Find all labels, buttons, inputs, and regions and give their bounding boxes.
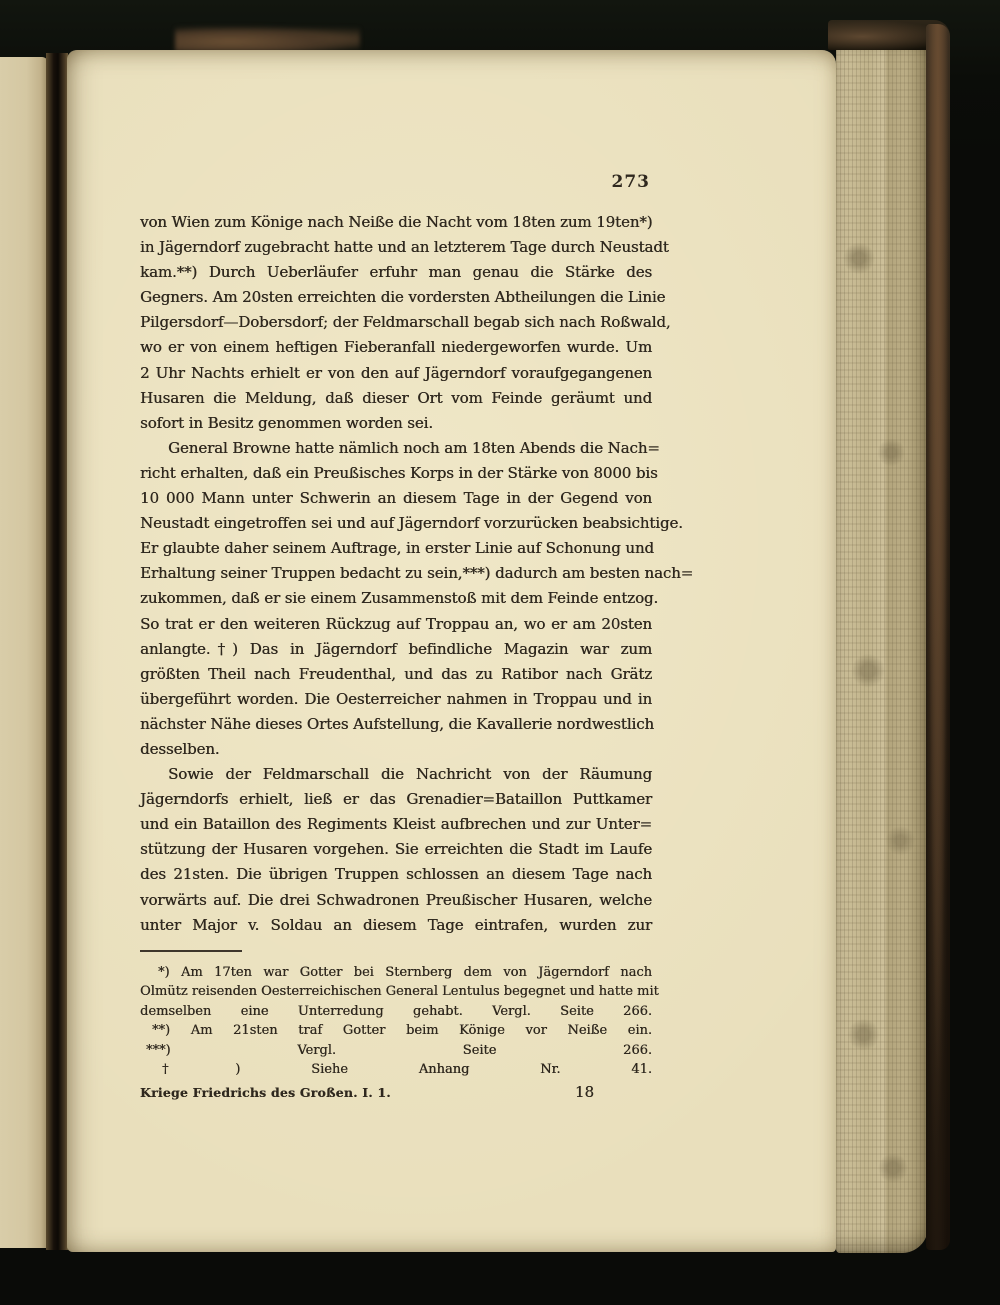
body-text-line: Gegners. Am 20sten erreichten die vorder… <box>140 285 652 310</box>
body-text-line: anlangte.†) Das in Jägerndorf befindlich… <box>140 637 652 662</box>
body-text-line: größten Theil nach Freudenthal, und das … <box>140 662 652 687</box>
body-text-line: zukommen, daß er sie einem Zusammenstoß … <box>140 586 652 611</box>
signature-row: Kriege Friedrichs des Großen. I. 1. 18 <box>140 1083 652 1101</box>
body-text-line: Er glaubte daher seinem Auftrage, in ers… <box>140 536 652 561</box>
footnote-line: **) Am 21sten traf Gotter beim Könige vo… <box>140 1021 652 1041</box>
body-text: von Wien zum Könige nach Neiße die Nacht… <box>140 210 652 938</box>
body-text-line: und ein Bataillon des Regiments Kleist a… <box>140 812 652 837</box>
body-text-line: desselben. <box>140 737 652 762</box>
body-text-line: stützung der Husaren vorgehen. Sie errei… <box>140 837 652 862</box>
footnote-line: *) Am 17ten war Gotter bei Sternberg dem… <box>140 963 652 983</box>
text-block: von Wien zum Könige nach Neiße die Nacht… <box>140 210 652 1101</box>
footnote-line: ***) Vergl. Seite 266. <box>140 1041 652 1061</box>
body-text-line: 10 000 Mann unter Schwerin an diesem Tag… <box>140 486 652 511</box>
facing-page-edge <box>0 57 48 1248</box>
footnote-separator <box>140 950 242 952</box>
body-text-line: nächster Nähe dieses Ortes Aufstellung, … <box>140 712 652 737</box>
footnote-line: Olmütz reisenden Oesterreichischen Gener… <box>140 982 652 1002</box>
body-text-line: kam.**) Durch Ueberläufer erfuhr man gen… <box>140 260 652 285</box>
body-text-line: des 21sten. Die übrigen Truppen schlosse… <box>140 862 652 887</box>
body-text-line: So trat er den weiteren Rückzug auf Trop… <box>140 612 652 637</box>
footnote-line: †) Siehe Anhang Nr. 41. <box>140 1060 652 1080</box>
body-text-line: 2 Uhr Nachts erhielt er von den auf Jäge… <box>140 361 652 386</box>
footnotes: *) Am 17ten war Gotter bei Sternberg dem… <box>140 963 652 1080</box>
page-stack-fore-edge <box>836 40 928 1253</box>
cover-board-edge <box>926 24 950 1250</box>
worn-cover-edge-top <box>175 26 360 52</box>
body-text-line: vorwärts auf. Die drei Schwadronen Preuß… <box>140 888 652 913</box>
catch-number: 18 <box>575 1083 594 1101</box>
body-text-line: in Jägerndorf zugebracht hatte und an le… <box>140 235 652 260</box>
photo-background: 273 von Wien zum Könige nach Neiße die N… <box>0 0 1000 1305</box>
body-text-line: richt erhalten, daß ein Preußisches Korp… <box>140 461 652 486</box>
book-page: 273 von Wien zum Könige nach Neiße die N… <box>67 50 836 1252</box>
body-text-line: Neustadt eingetroffen sei und auf Jägern… <box>140 511 652 536</box>
body-text-line: Erhaltung seiner Truppen bedacht zu sein… <box>140 561 652 586</box>
body-text-line: Husaren die Meldung, daß dieser Ort vom … <box>140 386 652 411</box>
body-text-line: Sowie der Feldmarschall die Nachricht vo… <box>140 762 652 787</box>
signature-line: Kriege Friedrichs des Großen. I. 1. <box>140 1085 391 1100</box>
gutter-shadow <box>46 53 68 1250</box>
body-text-line: General Browne hatte nämlich noch am 18t… <box>140 436 652 461</box>
footnote-line: demselben eine Unterredung gehabt. Vergl… <box>140 1002 652 1022</box>
page-number: 273 <box>612 172 651 192</box>
body-text-line: von Wien zum Könige nach Neiße die Nacht… <box>140 210 652 235</box>
body-text-line: wo er von einem heftigen Fieberanfall ni… <box>140 335 652 360</box>
body-text-line: unter Major v. Soldau an diesem Tage ein… <box>140 913 652 938</box>
body-text-line: Jägerndorfs erhielt, ließ er das Grenadi… <box>140 787 652 812</box>
body-text-line: übergeführt worden. Die Oesterreicher na… <box>140 687 652 712</box>
body-text-line: sofort in Besitz genommen worden sei. <box>140 411 652 436</box>
body-text-line: Pilgersdorf—Dobersdorf; der Feldmarschal… <box>140 310 652 335</box>
